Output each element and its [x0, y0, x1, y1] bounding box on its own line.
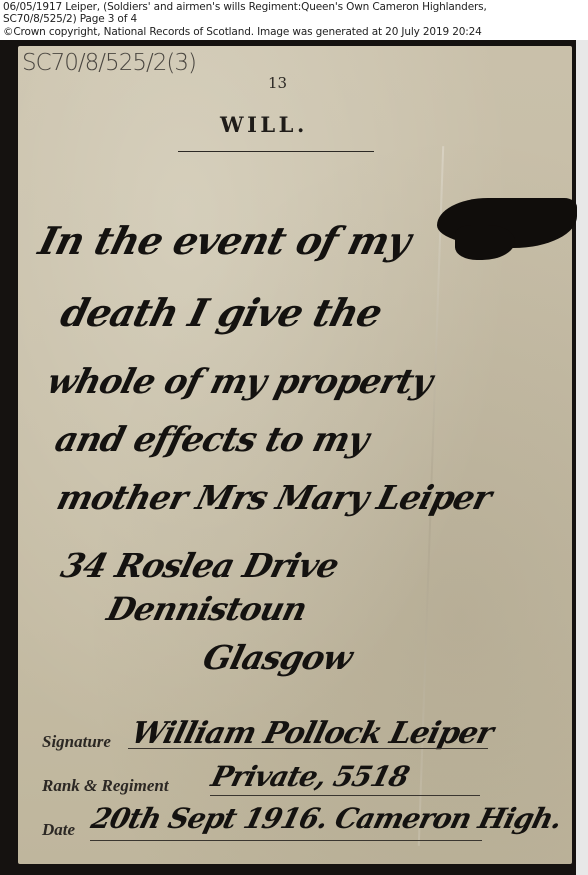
- caption-line-reference: SC70/8/525/2) Page 3 of 4: [3, 13, 588, 25]
- will-text-line: 34 Roslea Drive: [57, 546, 342, 585]
- will-text-line: and effects to my: [51, 420, 372, 460]
- will-text-line: whole of my property: [43, 362, 436, 402]
- signature-label: Signature: [42, 732, 111, 752]
- will-text-line: mother Mrs Mary Leiper: [53, 478, 495, 517]
- caption-line-title: 06/05/1917 Leiper, (Soldiers' and airmen…: [3, 1, 588, 13]
- rank-regiment-label: Rank & Regiment: [42, 776, 169, 796]
- will-text-line: Dennistoun: [103, 590, 310, 628]
- page-margin: [576, 40, 588, 875]
- will-text-line: death I give the: [56, 290, 386, 335]
- date-label: Date: [42, 820, 75, 840]
- signature-rule: [128, 748, 488, 749]
- rank-regiment-rule: [210, 795, 480, 796]
- document-title: WILL.: [220, 112, 308, 137]
- will-text-line: In the event of my: [34, 218, 415, 263]
- date-value: 20th Sept 1916. Cameron High.: [88, 802, 565, 835]
- form-page-number: 13: [268, 74, 287, 92]
- date-rule: [90, 840, 482, 841]
- archive-reference: SC70/8/525/2(3): [22, 50, 196, 76]
- title-divider: [178, 151, 374, 152]
- record-caption: 06/05/1917 Leiper, (Soldiers' and airmen…: [3, 1, 588, 38]
- rank-regiment-value: Private, 5518: [208, 760, 412, 793]
- will-text-line: Glasgow: [199, 638, 356, 677]
- signature-value: William Pollock Leiper: [128, 716, 497, 751]
- caption-line-copyright: ©Crown copyright, National Records of Sc…: [3, 26, 588, 38]
